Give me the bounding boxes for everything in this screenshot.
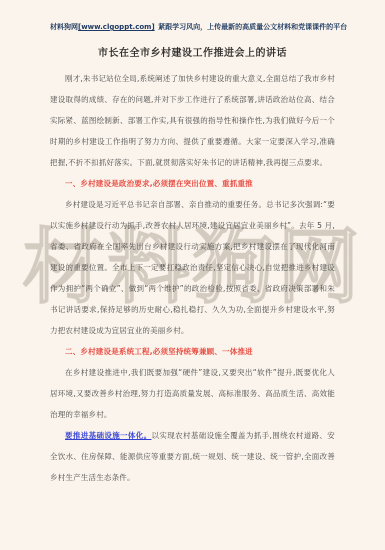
document-page: 材料狗网 材料狗网[www.clgoppt.com] 紧跟学习风向，上传最新的高…: [0, 0, 385, 550]
site-header: 材料狗网[www.clgoppt.com] 紧跟学习风向，上传最新的高质量公文材…: [50, 0, 335, 32]
paragraph-infrastructure: 要推进基础设施一体化。以实现农村基础设施全覆盖为抓手,围绕农村道路、安全饮水、住…: [50, 425, 335, 488]
paragraph-infrastructure-lead: 要推进基础设施一体化。: [65, 431, 152, 440]
site-url-link[interactable]: [www.clgoppt.com]: [78, 23, 155, 31]
section-heading-2: 二、乡村建设是系统工程,必须坚持统筹兼顾、一体推进: [50, 341, 335, 362]
document-content: 材料狗网[www.clgoppt.com] 紧跟学习风向，上传最新的高质量公文材…: [0, 0, 385, 488]
site-tagline: 紧跟学习风向，上传最新的高质量公文材料和党课课件的平台: [158, 23, 347, 31]
site-name: 材料狗网: [50, 23, 78, 31]
paragraph-intro: 刚才,朱书记站位全局,系统阐述了加快乡村建设的重大意义,全面总结了我市乡村建设取…: [50, 68, 335, 173]
paragraph-section-1: 乡村建设是习近平总书记亲自部署、亲自推动的重要任务。总书记多次强调:“要以实施乡…: [50, 194, 335, 341]
paragraph-section-2: 在乡村建设推进中,我们既要加强“硬件”建设,又要突出“软件”提升,既要优化人居环…: [50, 362, 335, 425]
document-body: 刚才,朱书记站位全局,系统阐述了加快乡村建设的重大意义,全面总结了我市乡村建设取…: [50, 68, 335, 488]
section-heading-1: 一、乡村建设是政治要求,必须摆在突出位置、重抓重推: [50, 173, 335, 194]
document-title: 市长在全市乡村建设工作推进会上的讲话: [50, 46, 335, 62]
